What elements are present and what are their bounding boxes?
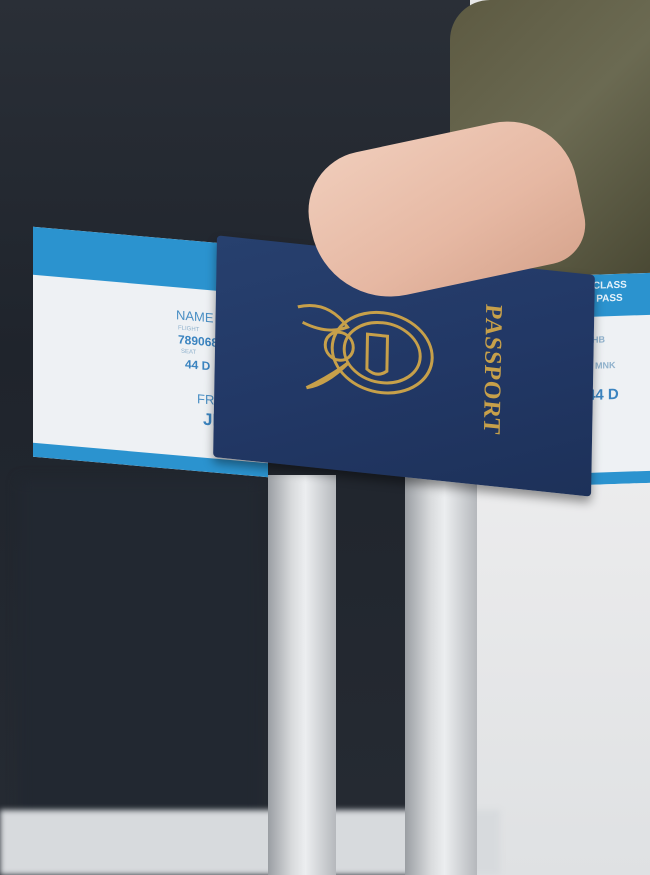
seat-small-label: SEAT <box>181 349 196 356</box>
coat-of-arms-icon <box>286 291 438 412</box>
right-value-2: MNK <box>595 360 616 371</box>
photo-scene: NAME FLIGHT 7890688 SEAT 44 D FROM JHB B… <box>0 0 650 875</box>
passport-title: PASSPORT <box>464 302 507 456</box>
suitcase-handle-right <box>405 475 477 875</box>
name-label: NAME <box>176 307 214 325</box>
seat-value: 44 D <box>185 357 210 373</box>
suitcase-handle-left <box>268 475 336 875</box>
